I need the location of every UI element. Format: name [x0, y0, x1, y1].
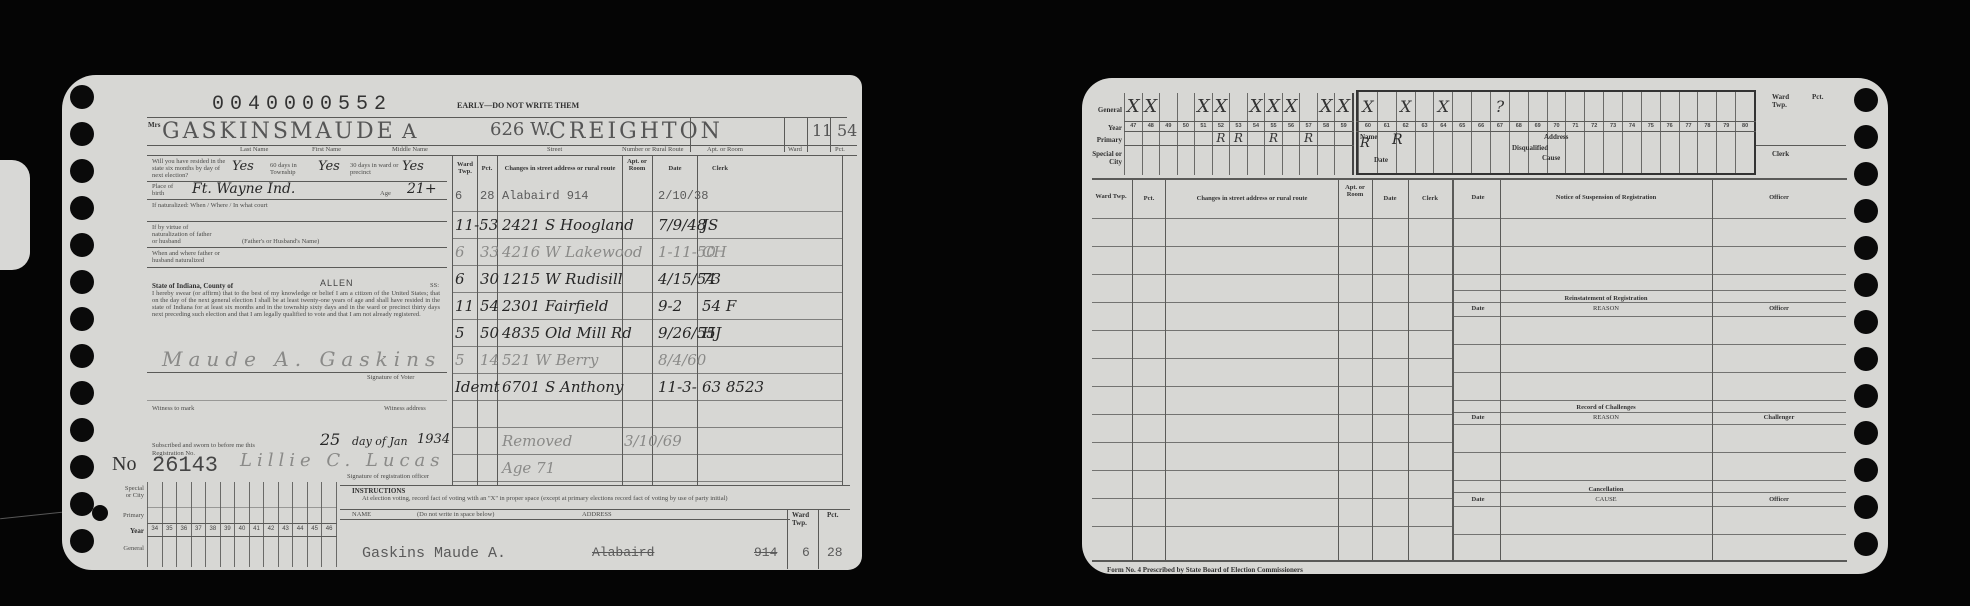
- reinstatement-title: Reinstatement of Registration: [1502, 295, 1710, 302]
- general-vote-mark: [1566, 92, 1584, 121]
- change-ward: 11: [455, 297, 474, 315]
- change-row-line: [1092, 358, 1452, 359]
- change-row-line: [1092, 218, 1452, 219]
- vote-year-cell: 68: [1509, 92, 1528, 173]
- general-vote-mark: [1661, 92, 1679, 121]
- registration-card-front: 0040000552 EARLY—DO NOT WRITE THEM Mrs G…: [62, 75, 862, 570]
- vote-year-cell: 36: [176, 482, 191, 567]
- general-vote-mark: [1698, 92, 1716, 121]
- general-vote-mark: X: [1248, 93, 1265, 121]
- header-ward-twp-r: Ward Twp.: [1092, 193, 1130, 200]
- general-vote-mark: [1680, 92, 1698, 121]
- header-cancellation-date: Date: [1457, 496, 1499, 503]
- general-vote-mark: [1510, 92, 1528, 121]
- last-name-value: GASKINS: [162, 119, 291, 144]
- vote-year: 62: [1397, 121, 1415, 131]
- change-address: 2421 S Hoogland: [502, 216, 634, 234]
- change-row: Removed3/10/69: [62, 430, 862, 454]
- label-name: NAME: [352, 511, 371, 518]
- vote-year: 76: [1661, 121, 1679, 131]
- change-date: 11-3-: [658, 378, 697, 396]
- general-vote-mark: [1472, 92, 1490, 121]
- stub-number: 914: [754, 545, 777, 560]
- registration-card-back: General Year Primary Special or City X47…: [1082, 78, 1888, 574]
- vote-year: 59: [1335, 121, 1352, 131]
- header-reinstatement-officer: Officer: [1714, 305, 1844, 312]
- header-apt-room-r: Apt. or Room: [1340, 184, 1370, 198]
- label-apt: Apt. or Room: [707, 146, 743, 153]
- vote-year: 77: [1680, 121, 1698, 131]
- general-vote-mark: X: [1143, 93, 1160, 121]
- row-label-special: Special or City: [118, 485, 144, 499]
- change-clerk: 54 F: [702, 297, 736, 315]
- instructions-text: At election voting, record fact of votin…: [362, 495, 782, 502]
- vote-year-cell: X58: [1317, 93, 1335, 175]
- change-date: 8/4/60: [658, 351, 706, 369]
- change-row-line: [1092, 274, 1452, 275]
- primary-vote-mark: R: [1213, 131, 1230, 145]
- header-pct-r: Pct.: [1134, 195, 1164, 202]
- primary-vote-mark: R: [1230, 131, 1247, 145]
- change-clerk: 73: [702, 270, 721, 288]
- header-cancellation-officer: Officer: [1714, 496, 1844, 503]
- punch-hole: [1854, 273, 1878, 297]
- vote-year: 55: [1265, 121, 1282, 131]
- label-cause: Cause: [1542, 154, 1560, 162]
- first-name-value: MAUDE: [290, 119, 396, 144]
- header-pct: Pct.: [478, 165, 496, 172]
- vote-year-cell: X56: [1282, 93, 1300, 175]
- punch-hole: [1854, 310, 1878, 334]
- change-pct: 54: [480, 297, 499, 315]
- change-row-line: [1092, 470, 1452, 471]
- header-suspension-date: Date: [1457, 194, 1499, 201]
- label-clerk-r: Clerk: [1772, 150, 1789, 158]
- change-row: 628Alabaird 9142/10/38: [62, 187, 862, 211]
- vote-year: 47: [1125, 121, 1142, 131]
- change-date: 2/10/38: [658, 189, 708, 203]
- label-street: Street: [547, 146, 562, 153]
- change-ward: 11-53: [455, 216, 498, 234]
- primary-vote-mark: [1248, 131, 1265, 145]
- general-vote-mark: X: [1283, 93, 1300, 121]
- vote-year: 56: [1283, 121, 1300, 131]
- vote-year-cell: X54: [1247, 93, 1265, 175]
- vote-year-cell: 77: [1679, 92, 1698, 173]
- vote-year: 38: [206, 526, 220, 532]
- vote-year: 78: [1698, 121, 1716, 131]
- pct-value: 54: [837, 121, 857, 140]
- change-row: Idemt6701 S Anthony11-3-63 8523: [62, 376, 862, 400]
- change-ward: Idemt: [455, 378, 500, 396]
- vote-year: 70: [1548, 121, 1566, 131]
- vote-year-cell: 73: [1603, 92, 1622, 173]
- vote-year: 67: [1491, 121, 1509, 131]
- header-changes-address-r: Changes in street address or rural route: [1168, 195, 1336, 202]
- vote-year: 71: [1566, 121, 1584, 131]
- state-residency-value: Yes: [232, 159, 254, 174]
- header-apt-room: Apt. or Room: [623, 158, 651, 172]
- change-pct: 50: [480, 324, 499, 342]
- vote-year: 65: [1453, 121, 1471, 131]
- change-clerk: CH: [702, 243, 727, 261]
- change-clerk: HJ: [702, 324, 721, 342]
- change-address: Age 71: [502, 459, 555, 477]
- ward-residency-value: Yes: [402, 159, 424, 174]
- street-number-value: 626 W.: [490, 119, 551, 140]
- punch-hole: [1854, 384, 1878, 408]
- street-value: CREIGHTON: [549, 119, 723, 144]
- row-label-general: General: [118, 545, 144, 552]
- change-address: 521 W Berry: [502, 351, 598, 369]
- change-row-line: [1092, 498, 1452, 499]
- change-ward: 5: [455, 351, 465, 369]
- vote-year-cell: X64: [1433, 92, 1452, 173]
- general-vote-mark: [1548, 92, 1566, 121]
- title-prefix: Mrs: [148, 121, 160, 129]
- general-vote-mark: [1230, 93, 1247, 121]
- label-stub-pct: Pct.: [827, 511, 838, 519]
- vote-year-cell: 53R: [1229, 93, 1247, 175]
- label-address: ADDRESS: [582, 511, 612, 518]
- vote-year: 69: [1529, 121, 1547, 131]
- vote-year: 74: [1623, 121, 1641, 131]
- change-pct: 28: [480, 189, 494, 203]
- punch-hole: [70, 122, 94, 146]
- header-challenges-reason: REASON: [1502, 414, 1710, 421]
- row-label-primary: Primary: [118, 512, 144, 519]
- punch-hole: [70, 85, 94, 109]
- primary-vote-mark: [1125, 131, 1142, 145]
- vote-year: 37: [192, 526, 206, 532]
- vote-year-cell: ?67: [1490, 92, 1509, 173]
- general-vote-mark: [1642, 92, 1660, 121]
- vote-year-cell: 43: [278, 482, 293, 567]
- change-row-line: [1092, 526, 1452, 527]
- general-vote-mark: [1453, 92, 1471, 121]
- instructions-title: INSTRUCTIONS: [352, 487, 405, 495]
- stub-pct: 28: [827, 545, 843, 560]
- general-vote-mark: [1717, 92, 1735, 121]
- vote-year-cell: 41: [249, 482, 264, 567]
- punch-hole: [1854, 88, 1878, 112]
- vote-year-cell: 80: [1735, 92, 1754, 173]
- change-apt: 3/10/69: [624, 432, 682, 450]
- change-row-line: [1092, 442, 1452, 443]
- vote-year-cell: 76: [1660, 92, 1679, 173]
- change-row: 6334216 W Lakewood1-11-50CH: [62, 241, 862, 265]
- punch-hole: [1854, 199, 1878, 223]
- vote-year-cell: X55R: [1264, 93, 1282, 175]
- change-ward: 6: [455, 270, 465, 288]
- punch-hole: [1854, 421, 1878, 445]
- general-vote-mark: [1585, 92, 1603, 121]
- row-label-general-r: General: [1092, 106, 1122, 114]
- row-label-special-r: Special or City: [1092, 150, 1122, 166]
- change-date: 7/9/48: [658, 216, 706, 234]
- label-last-name: Last Name: [240, 146, 268, 153]
- vote-year: 50: [1178, 121, 1195, 131]
- label-do-not-write: (Do not write in space below): [417, 511, 494, 518]
- change-row-line: [1092, 330, 1452, 331]
- header-reinstatement-reason: REASON: [1502, 305, 1710, 312]
- vote-year: 49: [1160, 121, 1177, 131]
- vote-year: 34: [148, 526, 162, 532]
- punch-hole: [1854, 347, 1878, 371]
- challenges-title: Record of Challenges: [1502, 404, 1710, 411]
- label-middle-name: Middle Name: [392, 146, 428, 153]
- label-pct: Pct.: [835, 146, 845, 153]
- primary-vote-mark: [1195, 131, 1212, 145]
- general-vote-mark: X: [1213, 93, 1230, 121]
- vote-year: 58: [1318, 121, 1335, 131]
- vote-year-cell: X47: [1124, 93, 1142, 175]
- label-number: Number or Rural Route: [622, 146, 684, 153]
- header-challenger: Challenger: [1714, 414, 1844, 421]
- general-vote-mark: ?: [1491, 92, 1509, 121]
- primary-vote-mark: [1283, 131, 1300, 145]
- vote-year: 52: [1213, 121, 1230, 131]
- change-date: 9-2: [658, 297, 682, 315]
- header-reinstatement-date: Date: [1457, 305, 1499, 312]
- change-row-line: [1092, 246, 1452, 247]
- vote-year: 43: [279, 526, 293, 532]
- label-ward-twp-r: Ward Twp.: [1772, 93, 1794, 109]
- vote-year: 53: [1230, 121, 1247, 131]
- header-note: EARLY—DO NOT WRITE THEM: [457, 102, 579, 110]
- vote-year-cell: X59: [1334, 93, 1352, 175]
- change-ward: 6: [455, 189, 462, 203]
- vote-year: 44: [293, 526, 307, 532]
- change-address: 4216 W Lakewood: [502, 243, 643, 261]
- punch-hole: [1854, 162, 1878, 186]
- vote-year: 42: [264, 526, 278, 532]
- card-edge-fragment: [0, 160, 30, 270]
- vote-year: 54: [1248, 121, 1265, 131]
- stub-ward: 6: [802, 545, 810, 560]
- vote-year: 45: [308, 526, 322, 532]
- vote-year: 64: [1434, 121, 1452, 131]
- label-disqualified: Disqualified: [1512, 144, 1548, 152]
- label-state-residency: Will you have resided in the state six m…: [152, 158, 232, 179]
- general-vote-mark: X: [1265, 93, 1282, 121]
- change-address: 6701 S Anthony: [502, 378, 623, 396]
- vote-year-cell: 50: [1177, 93, 1195, 175]
- change-row: Age 71: [62, 457, 862, 481]
- primary-vote-mark: [1143, 131, 1160, 145]
- general-vote-mark: [1160, 93, 1177, 121]
- general-vote-mark: X: [1195, 93, 1212, 121]
- primary-vote-mark: R: [1265, 131, 1282, 145]
- vote-year-cell: 65: [1452, 92, 1471, 173]
- label-address-r: Address: [1544, 133, 1568, 141]
- general-vote-mark: X: [1318, 93, 1335, 121]
- general-vote-mark: [1378, 92, 1396, 121]
- vote-year-cell: 66: [1471, 92, 1490, 173]
- label-first-name: First Name: [312, 146, 341, 153]
- vote-year-cell: 40: [234, 482, 249, 567]
- punch-hole: [70, 492, 94, 516]
- general-vote-mark: [1178, 93, 1195, 121]
- change-row: 5504835 Old Mill Rd9/26/55HJ: [62, 322, 862, 346]
- general-vote-mark: [1300, 93, 1317, 121]
- vote-year-cell: 63: [1415, 92, 1434, 173]
- vote-year: 40: [235, 526, 249, 532]
- vote-year-cell: 42: [263, 482, 278, 567]
- primary-vote-mark: [1318, 131, 1335, 145]
- header-challenges-date: Date: [1457, 414, 1499, 421]
- general-vote-mark: [1736, 92, 1754, 121]
- change-row: 11-532421 S Hoogland7/9/48JS: [62, 214, 862, 238]
- vote-year: 60: [1359, 121, 1377, 131]
- general-vote-mark: X: [1359, 92, 1377, 121]
- label-ward: Ward: [788, 146, 802, 153]
- vote-year: 51: [1195, 121, 1212, 131]
- vote-year: 79: [1717, 121, 1735, 131]
- vote-year: 39: [221, 526, 235, 532]
- change-address: 4835 Old Mill Rd: [502, 324, 632, 342]
- change-address: Removed: [502, 432, 572, 450]
- row-label-year: Year: [118, 527, 144, 535]
- vote-year-cell: 74: [1622, 92, 1641, 173]
- vote-year-cell: 45: [307, 482, 322, 567]
- middle-name-value: A: [402, 119, 416, 143]
- punch-hole: [70, 529, 94, 553]
- general-vote-mark: [1529, 92, 1547, 121]
- vote-year-cell: 72: [1584, 92, 1603, 173]
- change-row: 11542301 Fairfield9-254 F: [62, 295, 862, 319]
- punch-hole: [1854, 125, 1878, 149]
- change-address: Alabaird 914: [502, 189, 588, 203]
- vote-year: 48: [1143, 121, 1160, 131]
- township-residency-value: Yes: [318, 159, 340, 174]
- change-ward: 6: [455, 243, 465, 261]
- change-row-line: [1092, 302, 1452, 303]
- vote-year: 57: [1300, 121, 1317, 131]
- general-vote-mark: [1623, 92, 1641, 121]
- change-row: 514521 W Berry8/4/60: [62, 349, 862, 373]
- change-row: [62, 403, 862, 427]
- row-label-primary-r: Primary: [1092, 136, 1122, 144]
- change-address: 1215 W Rudisill: [502, 270, 623, 288]
- vote-year: 66: [1472, 121, 1490, 131]
- punch-hole: [1854, 458, 1878, 482]
- header-cancellation-cause: CAUSE: [1502, 496, 1710, 503]
- vote-year-cell: 44: [292, 482, 307, 567]
- vote-year-cell: 35: [162, 482, 177, 567]
- vote-year-cell: X48: [1142, 93, 1160, 175]
- change-pct: 14: [480, 351, 499, 369]
- change-row-line: [1092, 386, 1452, 387]
- general-vote-mark: [1604, 92, 1622, 121]
- primary-vote-mark: [1178, 131, 1195, 145]
- punch-hole: [1854, 532, 1878, 556]
- header-clerk-r: Clerk: [1410, 195, 1450, 202]
- label-pct-r: Pct.: [1812, 93, 1823, 101]
- header-suspension-notice: Notice of Suspension of Registration: [1502, 194, 1710, 201]
- header-date: Date: [654, 165, 696, 172]
- general-vote-mark: X: [1434, 92, 1452, 121]
- header-suspension-officer: Officer: [1714, 194, 1844, 201]
- primary-vote-mark: [1160, 131, 1177, 145]
- vote-year: 63: [1416, 121, 1434, 131]
- scratch-line: [0, 512, 62, 519]
- form-footer: Form No. 4 Prescribed by State Board of …: [1107, 566, 1303, 574]
- vote-year-cell: 78: [1697, 92, 1716, 173]
- vote-year: 61: [1378, 121, 1396, 131]
- general-vote-mark: X: [1125, 93, 1142, 121]
- vote-year: 73: [1604, 121, 1622, 131]
- row-label-year-r: Year: [1092, 124, 1122, 132]
- header-changes-address: Changes in street address or rural route: [499, 165, 621, 172]
- vote-year-cell: X51: [1194, 93, 1212, 175]
- vote-year-cell: 79: [1716, 92, 1735, 173]
- header-ward-twp: Ward Twp.: [454, 161, 476, 175]
- vote-year-cell: 46: [321, 482, 336, 567]
- change-clerk: 63 8523: [702, 378, 764, 396]
- vote-year-cell: 39: [220, 482, 235, 567]
- vote-year: 41: [250, 526, 264, 532]
- vote-year-cell: 34: [147, 482, 162, 567]
- vote-year-cell: 38: [205, 482, 220, 567]
- serial-number: 0040000552: [212, 93, 392, 116]
- general-vote-mark: X: [1335, 93, 1352, 121]
- punch-hole: [70, 159, 94, 183]
- change-pct: 33: [480, 243, 499, 261]
- primary-vote-mark: R: [1300, 131, 1317, 145]
- change-pct: 30: [480, 270, 499, 288]
- change-clerk: JS: [702, 216, 718, 234]
- vote-year-cell: 75: [1641, 92, 1660, 173]
- vote-year-cell: 57R: [1299, 93, 1317, 175]
- stub-name: Gaskins Maude A.: [362, 545, 506, 562]
- primary-vote-mark: [1335, 131, 1352, 145]
- punch-hole: [1854, 236, 1878, 260]
- vote-year-cell: 37: [191, 482, 206, 567]
- label-township-residency: 60 days in Township: [270, 162, 316, 176]
- vote-year: 46: [322, 526, 336, 532]
- vote-year-cell: X52R: [1212, 93, 1230, 175]
- change-address: 2301 Fairfield: [502, 297, 609, 315]
- header-clerk: Clerk: [698, 165, 742, 172]
- vote-year: 72: [1585, 121, 1603, 131]
- change-row-line: [1092, 414, 1452, 415]
- label-date-r: Date: [1374, 156, 1388, 164]
- general-vote-mark: [1416, 92, 1434, 121]
- label-stub-ward: Ward Twp.: [792, 511, 814, 527]
- label-ward-residency: 30 days in ward or precinct: [350, 162, 405, 176]
- vote-year: 68: [1510, 121, 1528, 131]
- vote-year: 75: [1642, 121, 1660, 131]
- punch-hole: [1854, 495, 1878, 519]
- change-row: 6301215 W Rudisill4/15/5473: [62, 268, 862, 292]
- general-vote-mark: X: [1397, 92, 1415, 121]
- stub-address: Alabaird: [592, 545, 654, 560]
- vote-year: 80: [1736, 121, 1754, 131]
- vote-year: 35: [163, 526, 177, 532]
- header-date-r: Date: [1374, 195, 1406, 202]
- change-ward: 5: [455, 324, 465, 342]
- vote-year-cell: 49: [1159, 93, 1177, 175]
- vote-year: 36: [177, 526, 191, 532]
